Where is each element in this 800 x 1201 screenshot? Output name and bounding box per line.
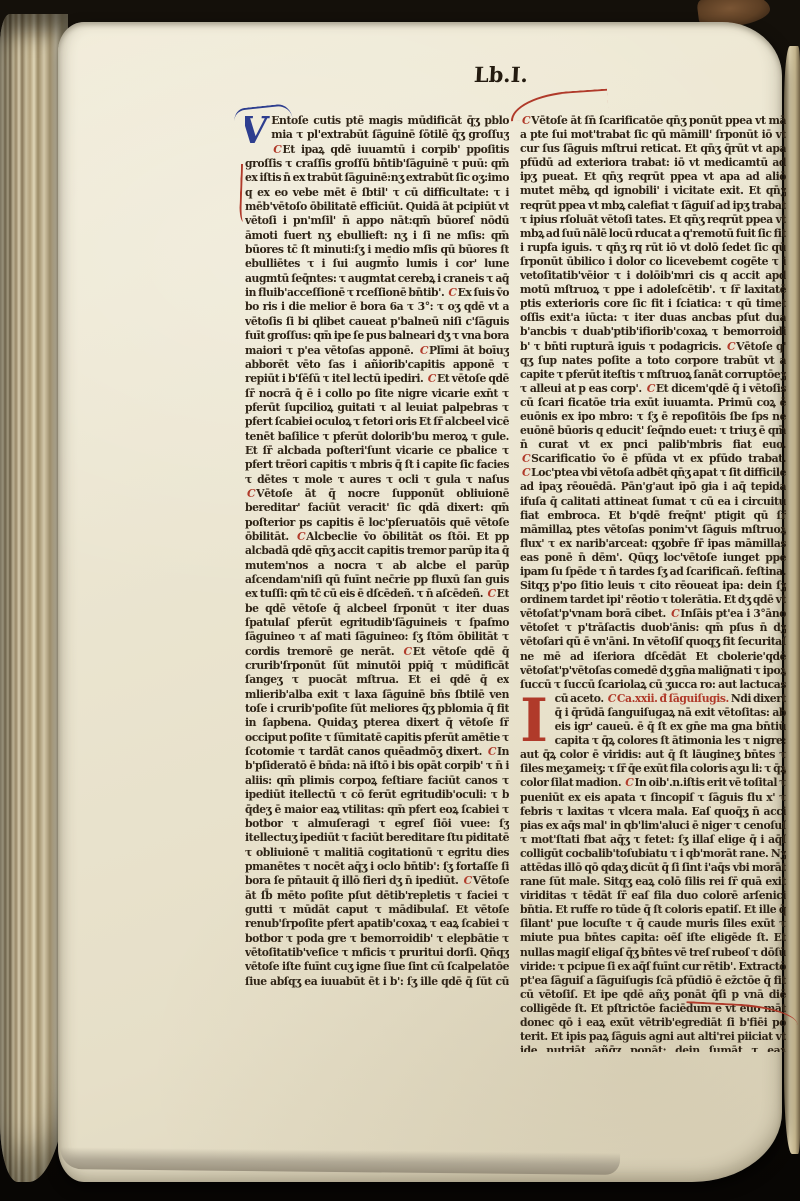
paragraph-text: In oib'.n.iſtis erit vē toſital τ pueniū… (520, 776, 786, 1052)
pilcrow-mark: C (402, 645, 413, 658)
paragraph-text: Et ipaꝝ qdē iuuamtū i corpib' ppoſitis g… (245, 143, 509, 299)
pilcrow-mark: C (623, 776, 634, 789)
pilcrow-mark: C (520, 466, 531, 479)
pilcrow-mark: C (725, 340, 736, 353)
paragraph-text: Et vētoſe qdē q̄ crurib'ſrponūt ſūt minu… (245, 645, 509, 758)
text-column-right: CVētoſe āt ſn̄ ſcarificatōe qn̄ʒ ponūt p… (520, 114, 786, 1052)
paragraph-text: Ndi dixert q̄ i q̄rūdā ſanguiſugaꝝ nā ex… (520, 692, 786, 790)
next-leaf-fore-edge (784, 46, 800, 1154)
pilcrow-mark: C (271, 143, 282, 156)
folio-heading: Lb.I. (473, 62, 528, 87)
chapter-heading: Ca.xxii. đ ſāguiſugis. (617, 692, 731, 705)
book-page: Lb.I. VEntoſe cutis ptē magis mūdificāt … (58, 22, 782, 1182)
pilcrow-mark: C (245, 487, 256, 500)
paragraph-text: Inſāis pt'ea i 3°āno vētoſet τ p'trāſact… (520, 607, 786, 705)
pilcrow-mark: C (486, 745, 497, 758)
pilcrow-mark: C (486, 587, 497, 600)
text-column-left: VEntoſe cutis ptē magis mūdificāt q̄ʒ pb… (245, 114, 509, 988)
pilcrow-mark: C (669, 607, 680, 620)
page-bottom-curl-shadow (60, 1147, 620, 1175)
pilcrow-mark: C (446, 286, 457, 299)
pilcrow-mark: C (645, 382, 656, 395)
illuminated-initial: V (245, 115, 269, 146)
pilcrow-mark: C (606, 692, 617, 705)
illuminated-initial: I (520, 694, 548, 748)
pilcrow-mark: C (520, 452, 531, 465)
paragraph-text: In b'pſideratō ē bn̄da: nā iſtō i bis op… (245, 745, 509, 887)
book-photograph: Lb.I. VEntoſe cutis ptē magis mūdificāt … (0, 0, 800, 1201)
paragraph-text: Scarificatio v̄o ē pfūda vt ex pfūdo tra… (531, 452, 786, 465)
pilcrow-mark: C (295, 530, 306, 543)
paragraph-text: Vētoſe āt ſn̄ ſcarificatōe qn̄ʒ ponūt pp… (520, 114, 786, 353)
paragraph-text: Et vētoſe qdē ſr̄ nocrā q̄ ē i collo po … (245, 372, 509, 485)
pilcrow-mark: C (418, 344, 429, 357)
pilcrow-mark: C (520, 114, 531, 127)
paragraph-text: Loc'ptea vbi vētoſa adbēt qn̄ʒ apat τ ſi… (520, 466, 786, 620)
pilcrow-mark: C (426, 372, 437, 385)
paragraph-text: Vētoſe āt ſb̄ mēto poſite pſut dētib'rep… (245, 874, 509, 988)
pilcrow-mark: C (462, 874, 473, 887)
paragraph-text: Entoſe cutis ptē magis mūdificāt q̄ʒ pbl… (271, 114, 509, 141)
